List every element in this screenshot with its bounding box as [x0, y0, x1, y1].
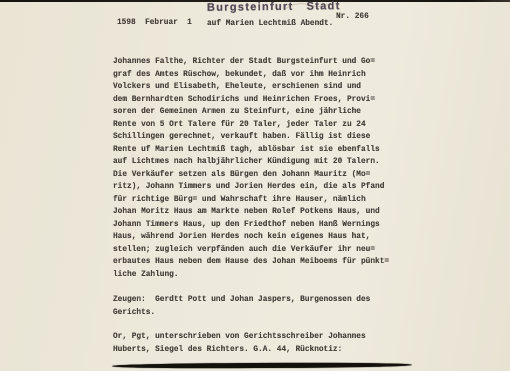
- body-line: soren der Gemeinen Armen zu Steinfurt, e…: [113, 106, 389, 119]
- body-line: auf Lichtmes nach halbjährlicher Kündigu…: [113, 156, 389, 169]
- body-line: dem Bernhardten Schodirichs und Heinrich…: [113, 94, 389, 107]
- body-line: liche Zahlung.: [113, 269, 389, 282]
- body-line: Schillingen gerechnet, verkauft haben. F…: [113, 131, 389, 144]
- body-line: graf des Amtes Rüschow, bekundet, daß vo…: [113, 69, 389, 82]
- witness-text: Zeugen: Gerdtt Pott und Johan Jaspers, B…: [113, 294, 370, 319]
- body-line: für richtige Bürg= und Wahrschaft ihre H…: [113, 194, 389, 207]
- body-line: Haus, während Jorien Herdes noch kein ei…: [113, 231, 389, 244]
- document-page: Burgsteinfurt Stadt 1598 Februar 1 auf M…: [0, 0, 510, 371]
- body-line: Rente von 5 Ort Talere für 20 Taler, jed…: [113, 119, 389, 132]
- witness-line: Gerichts.: [113, 307, 370, 320]
- body-text: Johannes Falthe, Richter der Stadt Burgs…: [113, 56, 389, 281]
- body-line: Johan Moritz Haus am Markte neben Rolef …: [113, 206, 389, 219]
- witness-line: Zeugen: Gerdtt Pott und Johan Jaspers, B…: [113, 294, 370, 307]
- date-heading: 1598 Februar 1: [117, 19, 192, 27]
- body-line: stellen; zugleich verpfänden auch die Ve…: [113, 244, 389, 257]
- occasion-heading: auf Marien Lechtmiß Abendt.: [207, 20, 333, 28]
- footer-line: Or, Pgt, unterschrieben von Gerichtsschr…: [113, 331, 366, 344]
- footer-line: Huberts, Siegel des Richters. G.A. 44, R…: [113, 344, 366, 357]
- body-line: Volckers und Elisabeth, Eheleute, erschi…: [113, 81, 389, 94]
- body-line: Johannes Falthe, Richter der Stadt Burgs…: [113, 56, 389, 69]
- body-line: Rente uf Marien Lechtmiß tagh, ablösbar …: [113, 144, 389, 157]
- body-line: ritz), Johann Timmers und Jorien Herdes …: [113, 181, 389, 194]
- footer-text: Or, Pgt, unterschrieben von Gerichtsschr…: [113, 331, 366, 356]
- scan-edge-bottom: [112, 362, 412, 368]
- body-line: erbautes Haus neben dem Hause des Johan …: [113, 256, 389, 269]
- ink-stamp: Burgsteinfurt Stadt: [207, 0, 341, 14]
- body-line: Johann Timmers Haus, up den Friedthof ne…: [113, 219, 389, 232]
- document-number: Nr. 266: [336, 13, 369, 21]
- body-line: Die Verkäufer setzen als Bürgen den Joha…: [113, 169, 389, 182]
